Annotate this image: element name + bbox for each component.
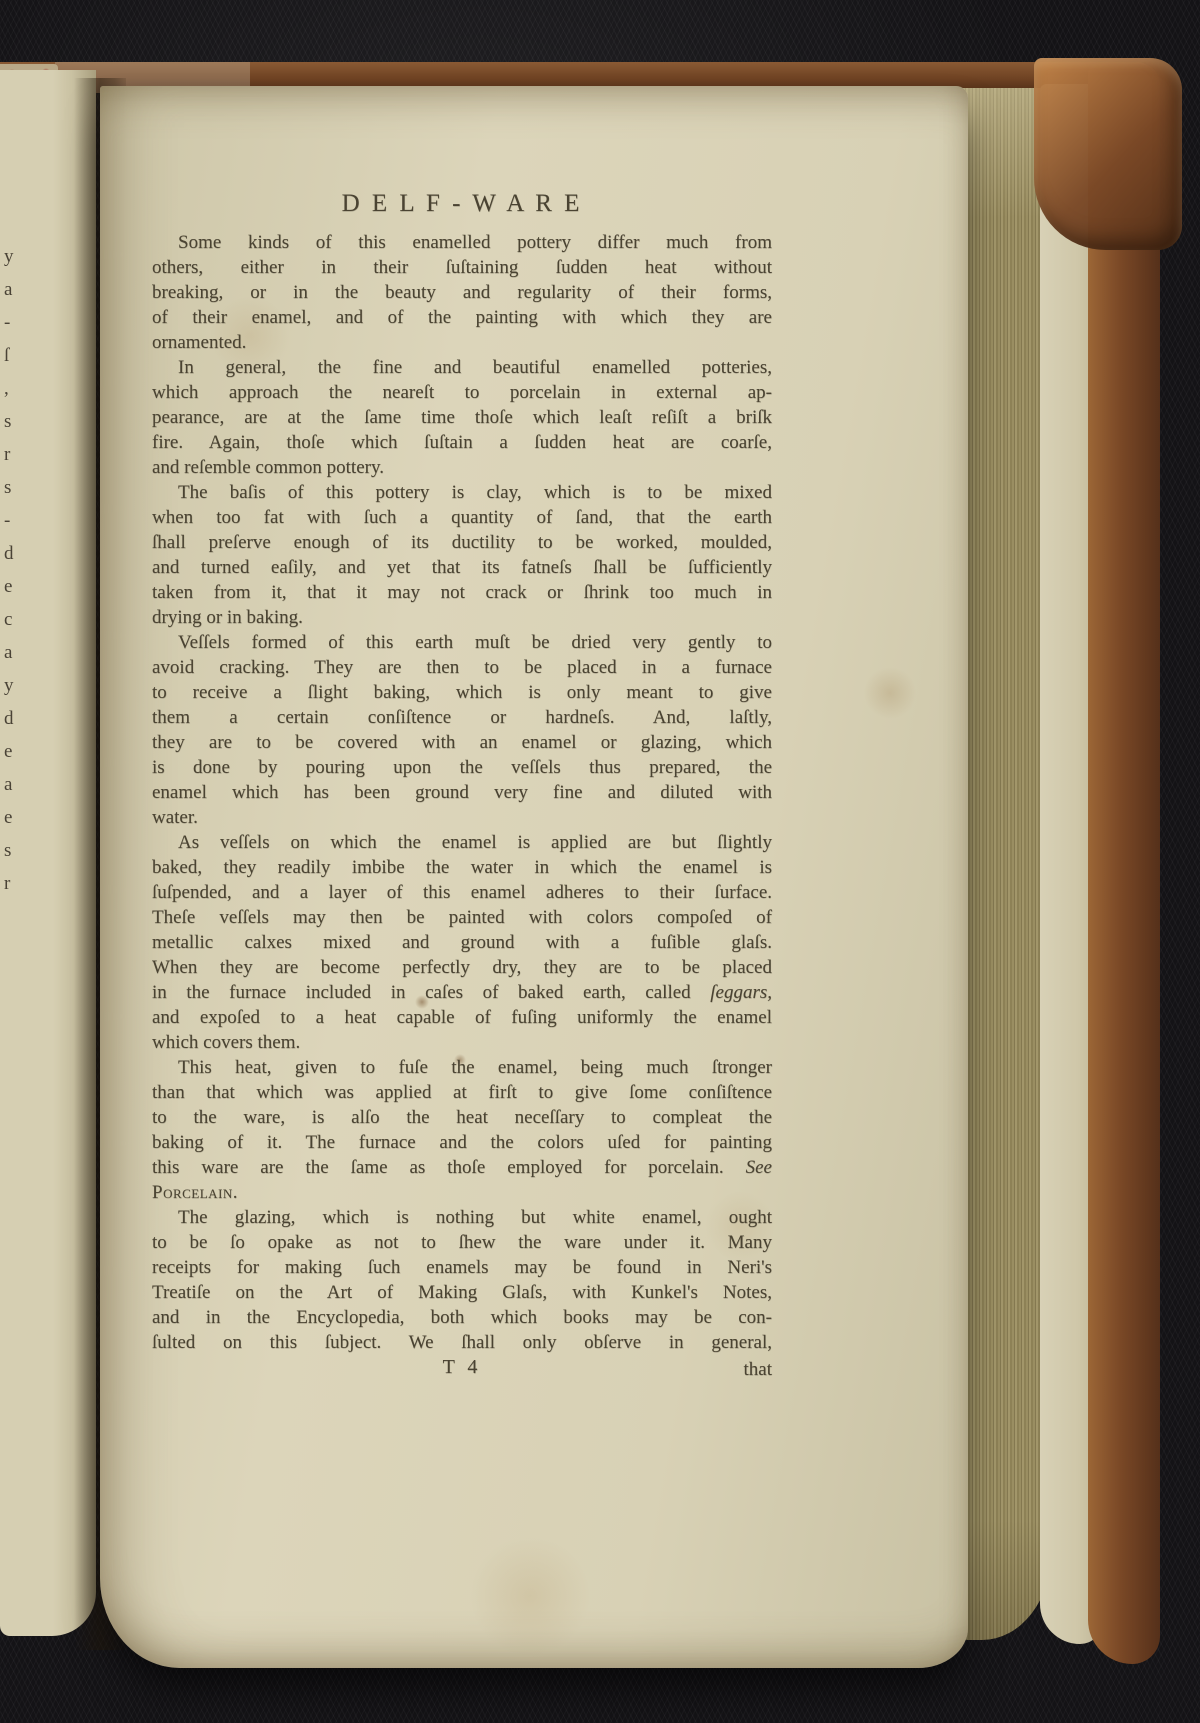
text-line: baked, they readily imbibe the water in … [152, 855, 772, 880]
text-line: they are to be covered with an enamel or… [152, 730, 772, 755]
book-cover-right-edge [1088, 64, 1160, 1664]
page-footer: T 4 that [152, 1356, 772, 1384]
signature-mark: T 4 [152, 1356, 772, 1379]
photo-background: ya-ſ,srs-decaydeaesr D E L F - W A R E S… [0, 0, 1200, 1723]
catchword: that [744, 1359, 773, 1381]
text-line: drying or in baking. [152, 605, 772, 630]
paragraph: The baſis of this pottery is clay, which… [152, 480, 772, 630]
text-line: this ware are the ſame as thoſe employed… [152, 1155, 772, 1180]
text-line: The glazing, which is nothing but white … [152, 1205, 772, 1230]
text-line: fire. Again, thoſe which ſuſtain a ſudde… [152, 430, 772, 455]
text-line: metallic calxes mixed and ground with a … [152, 930, 772, 955]
text-line: when too fat with ſuch a quantity of ſan… [152, 505, 772, 530]
text-column: D E L F - W A R E Some kinds of this ena… [152, 190, 772, 1384]
text-line: This heat, given to fuſe the enamel, bei… [152, 1055, 772, 1080]
text-line: and expoſed to a heat capable of fuſing … [152, 1005, 772, 1030]
text-line: and in the Encyclopedia, both which book… [152, 1305, 772, 1330]
text-line: Veſſels formed of this earth muſt be dri… [152, 630, 772, 655]
text-line: Porcelain. [152, 1180, 772, 1205]
text-line: ornamented. [152, 330, 772, 355]
text-line: water. [152, 805, 772, 830]
text-line: and reſemble common pottery. [152, 455, 772, 480]
text-line: them a certain conſiſtence or hardneſs. … [152, 705, 772, 730]
text-line: to receive a ſlight baking, which is onl… [152, 680, 772, 705]
leather-corner [1034, 58, 1182, 250]
paragraph: The glazing, which is nothing but white … [152, 1205, 772, 1355]
text-line: enamel which has been ground very fine a… [152, 780, 772, 805]
facing-page-text-fragments: ya-ſ,srs-decaydeaesr [4, 240, 31, 900]
text-line: Treatiſe on the Art of Making Glaſs, wit… [152, 1280, 772, 1305]
text-line: receipts for making ſuch enamels may be … [152, 1255, 772, 1280]
text-line: ſhall preſerve enough of its ductility t… [152, 530, 772, 555]
text-line: baking of it. The furnace and the colors… [152, 1130, 772, 1155]
text-line: which approach the neareſt to porcelain … [152, 380, 772, 405]
text-line: ſulted on this ſubject. We ſhall only ob… [152, 1330, 772, 1355]
text-line: ſuſpended, and a layer of this enamel ad… [152, 880, 772, 905]
body-paragraphs: Some kinds of this enamelled pottery dif… [152, 230, 772, 1355]
text-line: in the furnace included in caſes of bake… [152, 980, 772, 1005]
text-line: to the ware, is alſo the heat neceſſary … [152, 1105, 772, 1130]
text-line: pearance, are at the ſame time thoſe whi… [152, 405, 772, 430]
text-line: which covers them. [152, 1030, 772, 1055]
paragraph: Veſſels formed of this earth muſt be dri… [152, 630, 772, 830]
text-line: When they are become perfectly dry, they… [152, 955, 772, 980]
main-page: D E L F - W A R E Some kinds of this ena… [100, 86, 968, 1668]
text-line: taken from it, that it may not crack or … [152, 580, 772, 605]
text-line: In general, the fine and beautiful ename… [152, 355, 772, 380]
paragraph: Some kinds of this enamelled pottery dif… [152, 230, 772, 355]
paragraph: This heat, given to fuſe the enamel, bei… [152, 1055, 772, 1205]
text-line: Theſe veſſels may then be painted with c… [152, 905, 772, 930]
text-line: As veſſels on which the enamel is applie… [152, 830, 772, 855]
text-line: Some kinds of this enamelled pottery dif… [152, 230, 772, 255]
page-heading: D E L F - W A R E [152, 190, 772, 218]
text-line: The baſis of this pottery is clay, which… [152, 480, 772, 505]
text-line: to be ſo opake as not to ſhew the ware u… [152, 1230, 772, 1255]
text-line: of their enamel, and of the painting wit… [152, 305, 772, 330]
text-line: avoid cracking. They are then to be plac… [152, 655, 772, 680]
paragraph: As veſſels on which the enamel is applie… [152, 830, 772, 1055]
text-line: is done by pouring upon the veſſels thus… [152, 755, 772, 780]
text-line: than that which was applied at firſt to … [152, 1080, 772, 1105]
text-line: others, either in their ſuſtaining ſudde… [152, 255, 772, 280]
paragraph: In general, the fine and beautiful ename… [152, 355, 772, 480]
text-line: and turned eaſily, and yet that its fatn… [152, 555, 772, 580]
text-line: breaking, or in the beauty and regularit… [152, 280, 772, 305]
